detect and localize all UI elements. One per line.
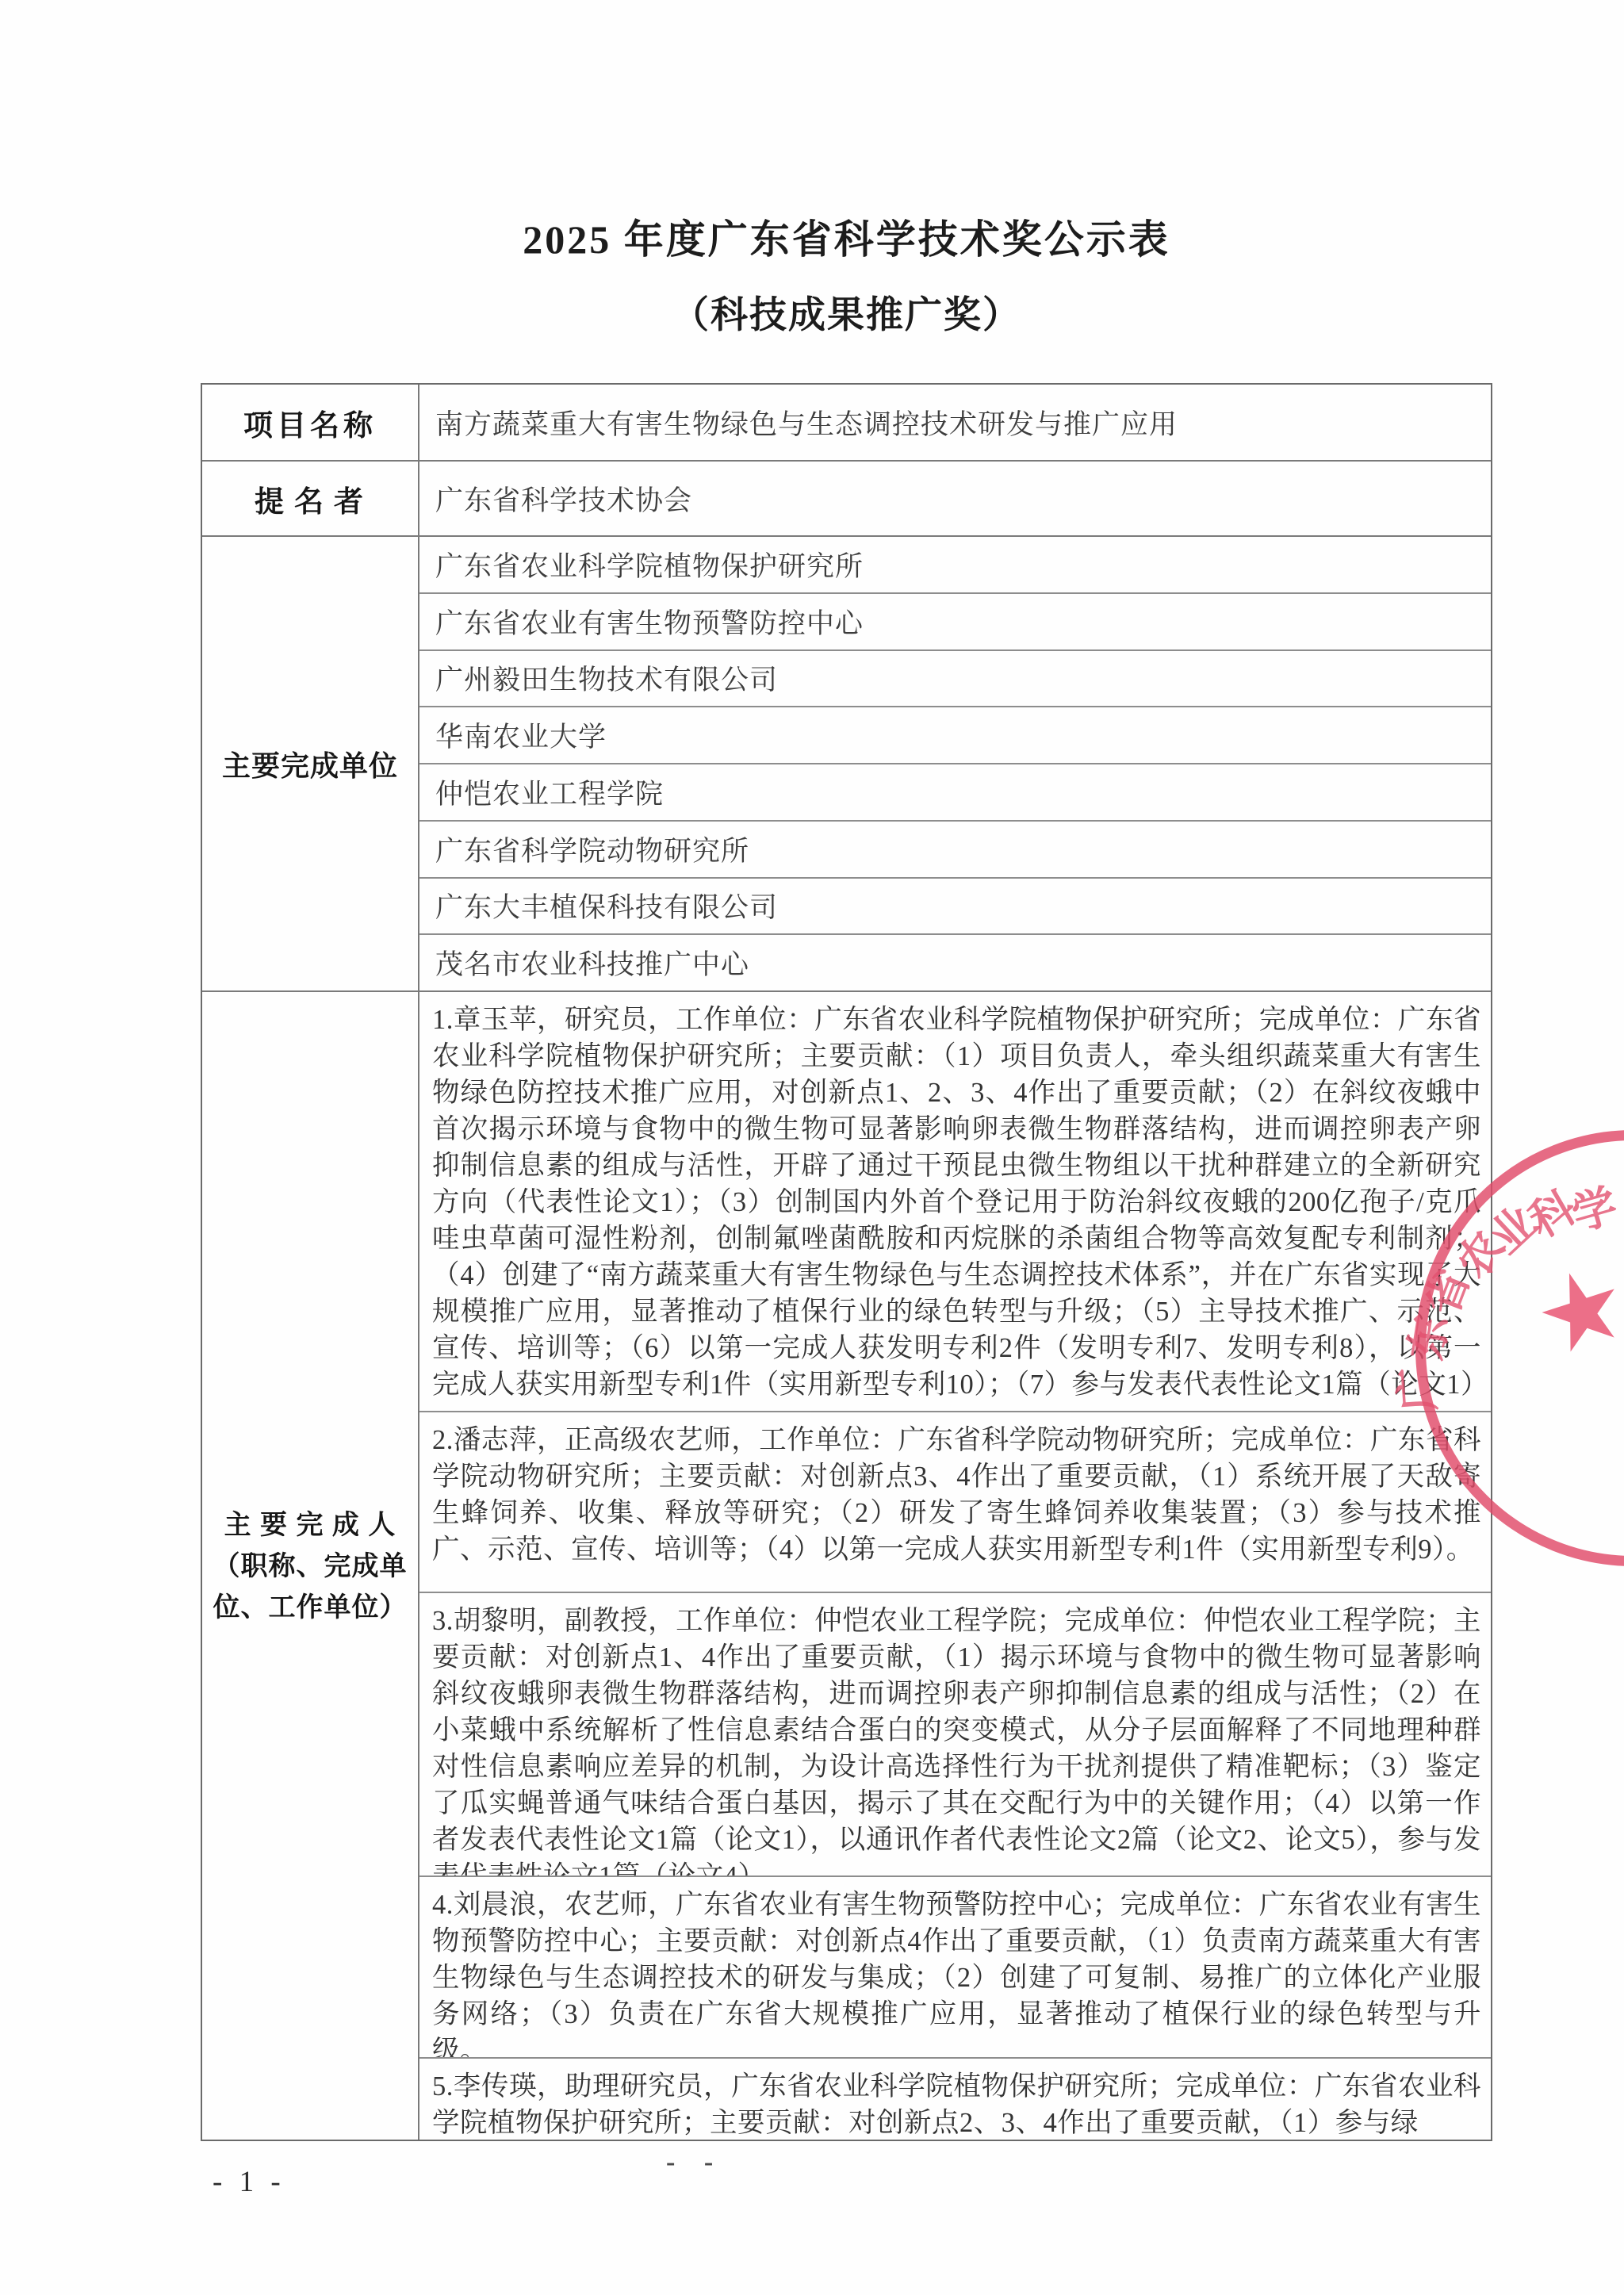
seal-arc-char: 科 — [1516, 1173, 1586, 1250]
person-entry: 3.胡黎明，副教授，工作单位：仲恺农业工程学院；完成单位：仲恺农业工程学院；主要… — [419, 1593, 1491, 1877]
unit-item: 广东省农业有害生物预警防控中心 — [419, 594, 1491, 651]
main-persons-list: 1.章玉苹，研究员，工作单位：广东省农业科学院植物保护研究所；完成单位：广东省农… — [419, 992, 1491, 2140]
persons-label-line: 位、工作单位） — [213, 1587, 408, 1628]
person-entry: 2.潘志萍，正高级农艺师，工作单位：广东省科学院动物研究所；完成单位：广东省科学… — [419, 1412, 1491, 1593]
seal-arc-char: 学 — [1564, 1170, 1624, 1243]
unit-item: 广州毅田生物技术有限公司 — [419, 651, 1491, 708]
person-entry: 4.刘晨浪，农艺师，广东省农业有害生物预警防控中心；完成单位：广东省农业有害生物… — [419, 1877, 1491, 2059]
persons-label-line: 主 要 完 成 人 — [224, 1504, 396, 1546]
unit-item: 茂名市农业科技推广中心 — [419, 935, 1491, 990]
page-title: 2025 年度广东省科学技术奖公示表 — [201, 216, 1492, 263]
person-entry: 5.李传瑛，助理研究员，广东省农业科学院植物保护研究所；完成单位：广东省农业科学… — [419, 2059, 1491, 2136]
row-label-project-name: 项目名称 — [202, 385, 419, 462]
scan-stray-marks: - - — [666, 2147, 724, 2178]
row-label-main-persons: 主 要 完 成 人 （职称、完成单 位、工作单位） — [202, 992, 419, 2140]
nominator-value: 广东省科学技术协会 — [419, 462, 1491, 537]
persons-label-line: （职称、完成单 — [213, 1546, 408, 1587]
document-page: 2025 年度广东省科学技术奖公示表 （科技成果推广奖） 项目名称 南方蔬菜重大… — [0, 0, 1624, 2295]
unit-item: 华南农业大学 — [419, 707, 1491, 764]
unit-item: 广东省科学院动物研究所 — [419, 822, 1491, 879]
main-units-list: 广东省农业科学院植物保护研究所 广东省农业有害生物预警防控中心 广州毅田生物技术… — [419, 537, 1491, 992]
unit-item: 广东省农业科学院植物保护研究所 — [419, 537, 1491, 594]
seal-star-icon — [1531, 1261, 1624, 1364]
page-number: - 1 - — [213, 2165, 285, 2199]
project-name-value: 南方蔬菜重大有害生物绿色与生态调控技术研发与推广应用 — [419, 385, 1491, 462]
unit-item: 仲恺农业工程学院 — [419, 764, 1491, 822]
row-label-main-units: 主要完成单位 — [202, 537, 419, 992]
unit-item: 广东大丰植保科技有限公司 — [419, 879, 1491, 936]
page-subtitle: （科技成果推广奖） — [201, 293, 1492, 338]
row-label-nominator: 提名者 — [202, 462, 419, 537]
document-title-block: 2025 年度广东省科学技术奖公示表 （科技成果推广奖） — [201, 216, 1492, 338]
person-entry: 1.章玉苹，研究员，工作单位：广东省农业科学院植物保护研究所；完成单位：广东省农… — [419, 992, 1491, 1412]
award-public-notice-table: 项目名称 南方蔬菜重大有害生物绿色与生态调控技术研发与推广应用 提名者 广东省科… — [201, 383, 1492, 2141]
